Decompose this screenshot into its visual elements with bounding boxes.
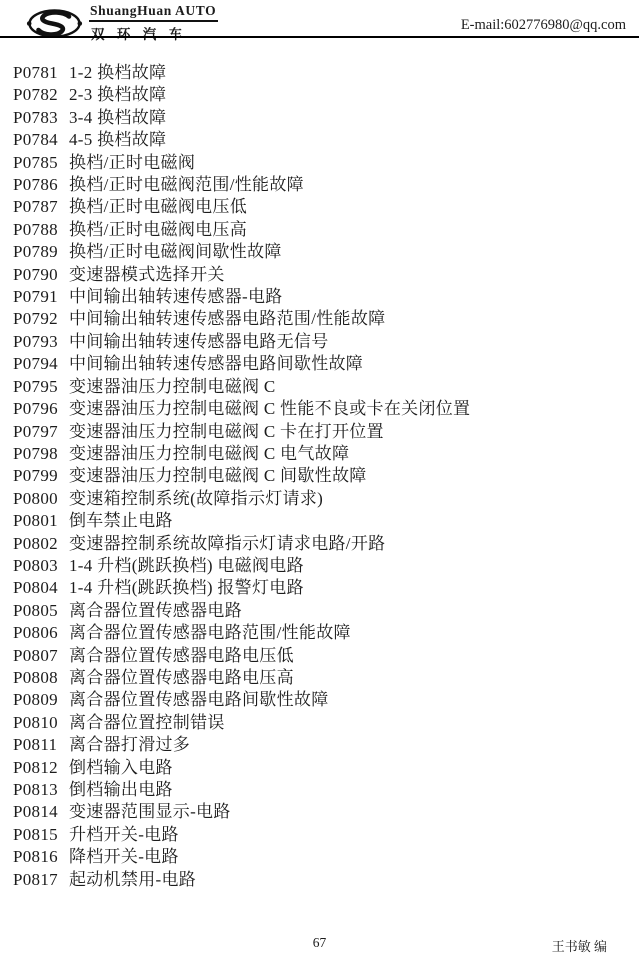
dtc-code: P0817 — [13, 869, 60, 891]
dtc-row: P0795变速器油压力控制电磁阀 C — [13, 376, 633, 398]
dtc-description: 1-2 换档故障 — [69, 62, 166, 84]
dtc-code: P0794 — [13, 353, 60, 375]
dtc-description: 换档/正时电磁阀间歇性故障 — [69, 241, 282, 263]
dtc-code: P0781 — [13, 62, 60, 84]
dtc-row: P08031-4 升档(跳跃换档) 电磁阀电路 — [13, 555, 633, 577]
dtc-code: P0815 — [13, 824, 60, 846]
dtc-code: P0796 — [13, 398, 60, 420]
dtc-description: 倒档输入电路 — [69, 757, 173, 779]
dtc-row: P0787换档/正时电磁阀电压低 — [13, 196, 633, 218]
dtc-description: 2-3 换档故障 — [69, 84, 166, 106]
dtc-code: P0809 — [13, 689, 60, 711]
dtc-row: P0800变速箱控制系统(故障指示灯请求) — [13, 488, 633, 510]
dtc-row: P0799变速器油压力控制电磁阀 C 间歇性故障 — [13, 465, 633, 487]
dtc-description: 离合器位置传感器电路电压高 — [69, 667, 294, 689]
dtc-row: P07822-3 换档故障 — [13, 84, 633, 106]
dtc-row: P0807离合器位置传感器电路电压低 — [13, 645, 633, 667]
dtc-row: P0785换档/正时电磁阀 — [13, 152, 633, 174]
dtc-row: P0805离合器位置传感器电路 — [13, 600, 633, 622]
dtc-code: P0786 — [13, 174, 60, 196]
dtc-code: P0811 — [13, 734, 60, 756]
page-header: ShuangHuan AUTO 双 环 汽 车 E-mail:602776980… — [0, 0, 639, 38]
dtc-description: 倒档输出电路 — [69, 779, 173, 801]
page-number: 67 — [0, 935, 639, 951]
dtc-row: P0816降档开关-电路 — [13, 846, 633, 868]
dtc-code: P0803 — [13, 555, 60, 577]
dtc-code: P0816 — [13, 846, 60, 868]
dtc-row: P0809离合器位置传感器电路间歇性故障 — [13, 689, 633, 711]
dtc-code: P0797 — [13, 421, 60, 443]
dtc-description: 3-4 换档故障 — [69, 107, 166, 129]
dtc-code: P0793 — [13, 331, 60, 353]
dtc-code: P0791 — [13, 286, 60, 308]
dtc-row: P0793中间输出轴转速传感器电路无信号 — [13, 331, 633, 353]
dtc-row: P0802变速器控制系统故障指示灯请求电路/开路 — [13, 533, 633, 555]
dtc-description: 换档/正时电磁阀范围/性能故障 — [69, 174, 304, 196]
dtc-code: P0795 — [13, 376, 60, 398]
dtc-row: P0806离合器位置传感器电路范围/性能故障 — [13, 622, 633, 644]
dtc-description: 中间输出轴转速传感器-电路 — [69, 286, 283, 308]
dtc-description: 换档/正时电磁阀 — [69, 152, 195, 174]
dtc-code: P0784 — [13, 129, 60, 151]
header-divider — [0, 36, 639, 38]
dtc-row: P0791中间输出轴转速传感器-电路 — [13, 286, 633, 308]
dtc-row: P0797变速器油压力控制电磁阀 C 卡在打开位置 — [13, 421, 633, 443]
dtc-row: P0786换档/正时电磁阀范围/性能故障 — [13, 174, 633, 196]
dtc-row: P07844-5 换档故障 — [13, 129, 633, 151]
dtc-description: 离合器位置传感器电路间歇性故障 — [69, 689, 329, 711]
dtc-description: 离合器打滑过多 — [69, 734, 190, 756]
dtc-code: P0783 — [13, 107, 60, 129]
dtc-row: P0798变速器油压力控制电磁阀 C 电气故障 — [13, 443, 633, 465]
dtc-row: P0789换档/正时电磁阀间歇性故障 — [13, 241, 633, 263]
dtc-description: 4-5 换档故障 — [69, 129, 166, 151]
dtc-row: P0814变速器范围显示-电路 — [13, 801, 633, 823]
dtc-code: P0799 — [13, 465, 60, 487]
dtc-description: 变速器模式选择开关 — [69, 264, 225, 286]
brand-name-chinese: 双 环 汽 车 — [89, 23, 218, 43]
editor-credit: 王书敏 编 — [552, 936, 607, 955]
dtc-description: 升档开关-电路 — [69, 824, 179, 846]
dtc-description: 变速器控制系统故障指示灯请求电路/开路 — [69, 533, 385, 555]
dtc-list: P07811-2 换档故障 P07822-3 换档故障 P07833-4 换档故… — [13, 62, 633, 891]
dtc-description: 离合器位置传感器电路电压低 — [69, 645, 294, 667]
dtc-row: P0812倒档输入电路 — [13, 757, 633, 779]
dtc-description: 变速器油压力控制电磁阀 C 性能不良或卡在关闭位置 — [69, 398, 470, 420]
dtc-code: P0782 — [13, 84, 60, 106]
dtc-description: 1-4 升档(跳跃换档) 电磁阀电路 — [69, 555, 304, 577]
dtc-code: P0787 — [13, 196, 60, 218]
dtc-description: 变速箱控制系统(故障指示灯请求) — [69, 488, 323, 510]
dtc-description: 变速器油压力控制电磁阀 C 卡在打开位置 — [69, 421, 384, 443]
dtc-description: 中间输出轴转速传感器电路无信号 — [69, 331, 329, 353]
dtc-description: 变速器油压力控制电磁阀 C 间歇性故障 — [69, 465, 367, 487]
dtc-row: P0796变速器油压力控制电磁阀 C 性能不良或卡在关闭位置 — [13, 398, 633, 420]
dtc-code: P0814 — [13, 801, 60, 823]
dtc-code: P0807 — [13, 645, 60, 667]
dtc-description: 离合器位置控制错误 — [69, 712, 225, 734]
dtc-code: P0800 — [13, 488, 60, 510]
dtc-row: P0794中间输出轴转速传感器电路间歇性故障 — [13, 353, 633, 375]
dtc-row: P0815升档开关-电路 — [13, 824, 633, 846]
dtc-row: P07811-2 换档故障 — [13, 62, 633, 84]
dtc-description: 离合器位置传感器电路范围/性能故障 — [69, 622, 351, 644]
dtc-row: P0788换档/正时电磁阀电压高 — [13, 219, 633, 241]
dtc-row: P0792中间输出轴转速传感器电路范围/性能故障 — [13, 308, 633, 330]
dtc-description: 倒车禁止电路 — [69, 510, 173, 532]
dtc-row: P0817起动机禁用-电路 — [13, 869, 633, 891]
dtc-description: 换档/正时电磁阀电压高 — [69, 219, 247, 241]
dtc-row: P0801倒车禁止电路 — [13, 510, 633, 532]
dtc-description: 换档/正时电磁阀电压低 — [69, 196, 247, 218]
dtc-description: 降档开关-电路 — [69, 846, 179, 868]
dtc-code: P0802 — [13, 533, 60, 555]
dtc-code: P0813 — [13, 779, 60, 801]
dtc-row: P0808离合器位置传感器电路电压高 — [13, 667, 633, 689]
dtc-code: P0792 — [13, 308, 60, 330]
dtc-description: 中间输出轴转速传感器电路间歇性故障 — [69, 353, 363, 375]
dtc-code: P0801 — [13, 510, 60, 532]
dtc-row: P0813倒档输出电路 — [13, 779, 633, 801]
dtc-description: 1-4 升档(跳跃换档) 报警灯电路 — [69, 577, 304, 599]
dtc-row: P0790变速器模式选择开关 — [13, 264, 633, 286]
dtc-row: P08041-4 升档(跳跃换档) 报警灯电路 — [13, 577, 633, 599]
contact-email: E-mail:602776980@qq.com — [461, 17, 626, 34]
dtc-code: P0798 — [13, 443, 60, 465]
dtc-code: P0804 — [13, 577, 60, 599]
dtc-description: 离合器位置传感器电路 — [69, 600, 242, 622]
dtc-row: P0810离合器位置控制错误 — [13, 712, 633, 734]
brand-name-english: ShuangHuan AUTO — [89, 3, 218, 22]
dtc-code: P0790 — [13, 264, 60, 286]
dtc-row: P0811离合器打滑过多 — [13, 734, 633, 756]
dtc-code: P0788 — [13, 219, 60, 241]
dtc-code: P0785 — [13, 152, 60, 174]
dtc-description: 变速器油压力控制电磁阀 C 电气故障 — [69, 443, 349, 465]
dtc-description: 变速器范围显示-电路 — [69, 801, 231, 823]
dtc-description: 起动机禁用-电路 — [69, 869, 196, 891]
shuanghuan-logo-icon — [26, 8, 83, 39]
document-page: ShuangHuan AUTO 双 环 汽 车 E-mail:602776980… — [0, 0, 639, 968]
dtc-code: P0810 — [13, 712, 60, 734]
dtc-code: P0806 — [13, 622, 60, 644]
dtc-row: P07833-4 换档故障 — [13, 107, 633, 129]
dtc-code: P0812 — [13, 757, 60, 779]
dtc-description: 中间输出轴转速传感器电路范围/性能故障 — [69, 308, 385, 330]
dtc-code: P0808 — [13, 667, 60, 689]
dtc-code: P0789 — [13, 241, 60, 263]
dtc-code: P0805 — [13, 600, 60, 622]
dtc-description: 变速器油压力控制电磁阀 C — [69, 376, 276, 398]
